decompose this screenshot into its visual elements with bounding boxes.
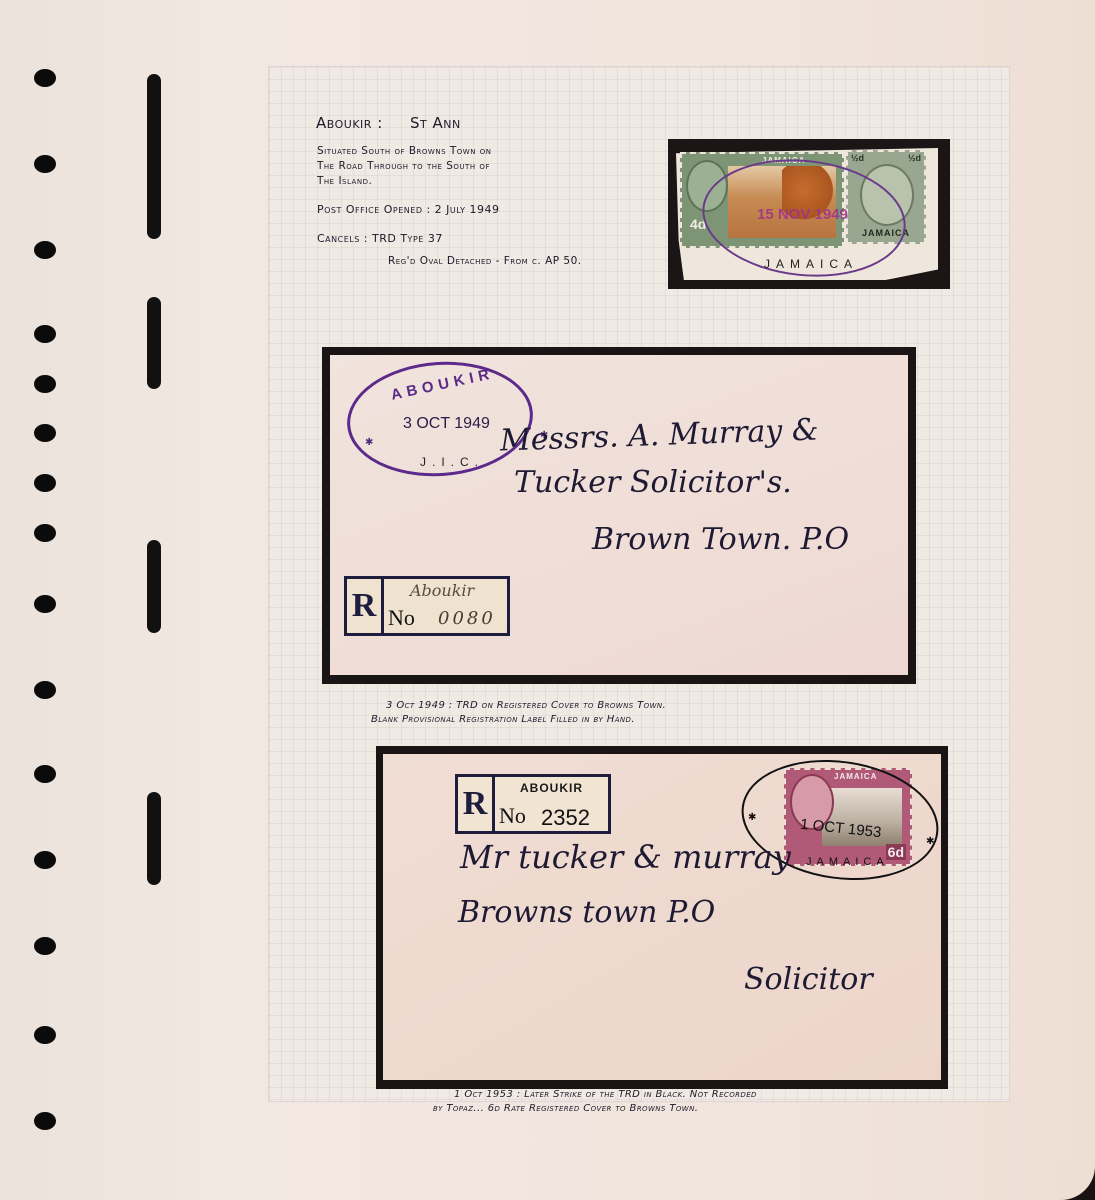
binder-hole bbox=[34, 241, 56, 259]
postmark-date: 15 NOV 1949 bbox=[757, 206, 848, 223]
registration-letter: R bbox=[347, 579, 384, 633]
binder-hole bbox=[34, 325, 56, 343]
binder-hole bbox=[34, 765, 56, 783]
description: Situated South of Browns Town on The Roa… bbox=[317, 144, 492, 189]
page-title: Aboukir : St Ann bbox=[316, 114, 461, 132]
cover-2-caption: 1 Oct 1953 : Later Strike of the TRD in … bbox=[454, 1089, 757, 1100]
binder-slot bbox=[147, 540, 161, 633]
star-icon: ✱ bbox=[926, 836, 934, 847]
star-icon: ✱ bbox=[365, 437, 373, 448]
post-office-opened: Post Office Opened : 2 July 1949 bbox=[317, 203, 500, 216]
cancel-foot: J.I.C. bbox=[420, 455, 484, 469]
office-name: Aboukir bbox=[316, 114, 372, 132]
binder-hole bbox=[34, 681, 56, 699]
star-icon: ✱ bbox=[748, 812, 756, 823]
address-line: Solicitor bbox=[744, 962, 873, 997]
binder-hole bbox=[34, 1026, 56, 1044]
binder-slot bbox=[147, 792, 161, 885]
cancel-date: 3 OCT 1949 bbox=[403, 415, 490, 433]
binder-hole bbox=[34, 474, 56, 492]
address-line: Brown Town. P.O bbox=[592, 522, 849, 557]
postmark-foot: JAMAICA bbox=[764, 257, 858, 271]
registration-letter: R bbox=[458, 777, 495, 831]
binder-hole bbox=[34, 69, 56, 87]
binder-hole bbox=[34, 155, 56, 173]
cover-2-caption: by Topaz... 6d Rate Registered Cover to … bbox=[433, 1103, 698, 1114]
binder-hole bbox=[34, 424, 56, 442]
cover-1-caption: Blank Provisional Registration Label Fil… bbox=[371, 714, 635, 725]
label-office-handwritten: Aboukir bbox=[410, 581, 474, 600]
binder-slot bbox=[147, 74, 161, 239]
cancels-detail: Reg'd Oval Detached - From c. AP 50. bbox=[388, 255, 582, 267]
label-number: 0080 bbox=[438, 608, 496, 629]
cancels-note: Cancels : TRD Type 37 bbox=[317, 232, 443, 245]
cover-1-caption: 3 Oct 1949 : TRD on Registered Cover to … bbox=[386, 700, 666, 711]
label-office: ABOUKIR bbox=[495, 781, 608, 795]
binder-slot bbox=[147, 297, 161, 389]
cancel-foot: JAMAICA bbox=[806, 856, 889, 868]
binder-hole bbox=[34, 1112, 56, 1130]
binder-hole bbox=[34, 851, 56, 869]
label-no: No bbox=[388, 605, 415, 631]
binder-hole bbox=[34, 524, 56, 542]
address-line: Tucker Solicitor's. bbox=[514, 465, 792, 500]
label-no: No bbox=[499, 803, 526, 829]
registration-label: R Aboukir No 0080 bbox=[344, 576, 510, 636]
label-number: 2352 bbox=[541, 805, 590, 831]
address-line: Browns town P.O bbox=[458, 895, 715, 930]
binder-hole bbox=[34, 595, 56, 613]
binder-hole bbox=[34, 375, 56, 393]
registration-label: R ABOUKIR No 2352 bbox=[455, 774, 611, 834]
parish-name: St Ann bbox=[410, 114, 461, 132]
binder-hole bbox=[34, 937, 56, 955]
address-line: Mr tucker & murray bbox=[460, 838, 791, 876]
